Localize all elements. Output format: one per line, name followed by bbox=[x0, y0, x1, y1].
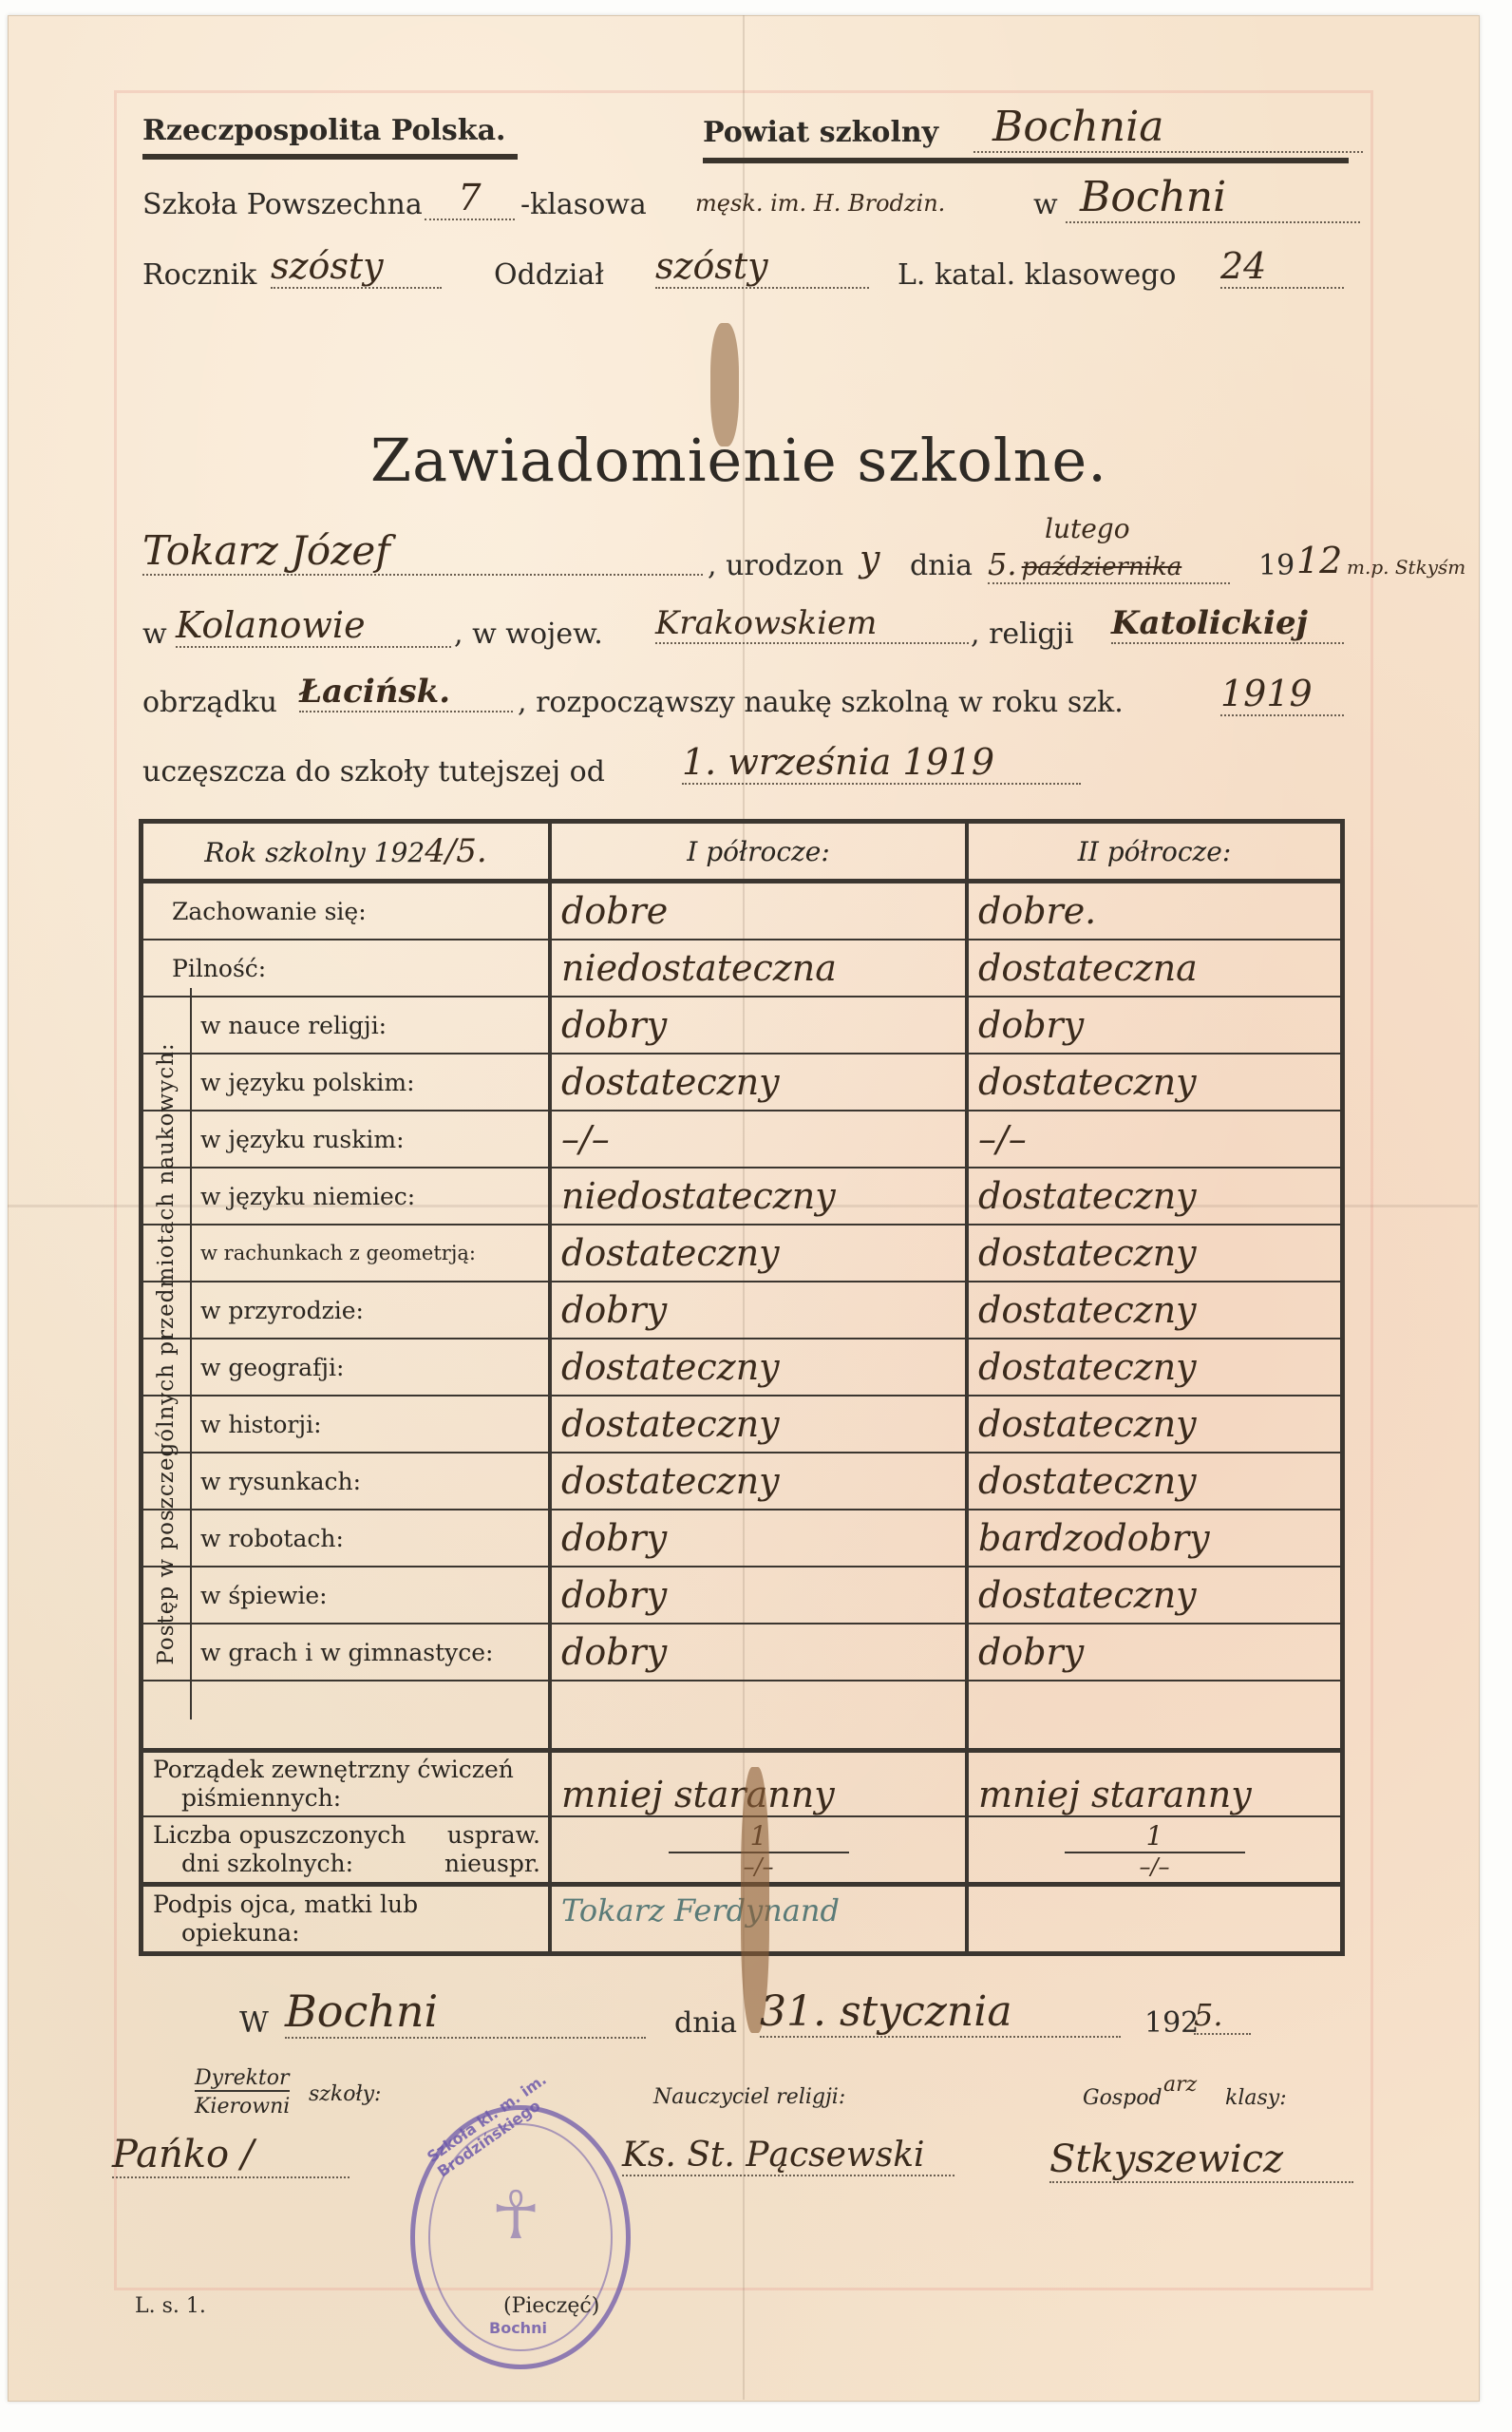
row-label: Pilność: bbox=[142, 940, 551, 997]
table-row: w historji:dostatecznydostateczny bbox=[142, 1396, 1343, 1453]
grade-h2 bbox=[967, 1681, 1343, 1751]
written-work-row: Porządek zewnętrzny ćwiczeń piśmiennych:… bbox=[142, 1751, 1343, 1817]
school-year-label: Rok szkolny 192 bbox=[204, 837, 425, 868]
subject-label: w języku ruskim: bbox=[142, 1111, 551, 1168]
footer-date: 31. stycznia bbox=[760, 1987, 1121, 2038]
grade-h1: dobre bbox=[550, 882, 967, 940]
grade-h1: niedostateczna bbox=[550, 940, 967, 997]
voivodeship-label: , w wojew. bbox=[454, 617, 603, 651]
table-row: Pilność: niedostateczna dostateczna bbox=[142, 940, 1343, 997]
subject-label bbox=[142, 1681, 551, 1751]
subject-label: w robotach: bbox=[142, 1510, 551, 1567]
born-suffix: y bbox=[860, 538, 879, 579]
birth-year-prefix: 19 bbox=[1258, 549, 1295, 582]
absence-h2: 1 –/– bbox=[967, 1816, 1343, 1885]
grades-table: Rok szkolny 1924/5. I półrocze: II półro… bbox=[139, 819, 1345, 1956]
grade-h1: dostateczny bbox=[550, 1453, 967, 1510]
grade-h1: dobry bbox=[550, 1567, 967, 1624]
grade-h1: –/– bbox=[550, 1111, 967, 1168]
grade-h1: dobry bbox=[550, 1510, 967, 1567]
table-header-row: Rok szkolny 1924/5. I półrocze: II półro… bbox=[142, 822, 1343, 882]
grade-h1: dobry bbox=[550, 1282, 967, 1339]
republic-heading: Rzeczpospolita Polska. bbox=[142, 114, 505, 147]
stamp-text-bottom: Bochni bbox=[489, 2319, 547, 2337]
grade-h2: dostateczny bbox=[967, 1225, 1343, 1282]
grade-h1 bbox=[550, 1681, 967, 1751]
subject-label: w języku polskim: bbox=[142, 1054, 551, 1111]
subject-label: w przyrodzie: bbox=[142, 1282, 551, 1339]
document-title: Zawiadomienie szkolne. bbox=[370, 426, 1107, 495]
director-label-top: Dyrektor bbox=[195, 2066, 290, 2092]
absence-label: Liczba opuszczonych uspraw. dni szkolnyc… bbox=[142, 1816, 551, 1885]
footer-year-prefix: 192 bbox=[1144, 2006, 1199, 2040]
absence-label-text-1: Liczba opuszczonych bbox=[153, 1821, 406, 1849]
first-half-header: I półrocze: bbox=[550, 822, 967, 882]
grade-h1: niedostateczny bbox=[550, 1168, 967, 1225]
grade-h2: dostateczny bbox=[967, 1339, 1343, 1396]
table-row: Zachowanie się: dobre dobre. bbox=[142, 882, 1343, 940]
table-row: w przyrodzie:dobrydostateczny bbox=[142, 1282, 1343, 1339]
subject-label: w rachunkach z geometrją: bbox=[142, 1225, 551, 1282]
progress-label-text: Postęp w poszczególnych przedmiotach nau… bbox=[154, 1042, 179, 1664]
start-year: 1919 bbox=[1220, 673, 1344, 716]
division-label: Oddział bbox=[494, 258, 604, 292]
header-rule-left bbox=[142, 154, 518, 160]
catalog-label: L. katal. klasowego bbox=[898, 258, 1176, 292]
school-in-label: w bbox=[1033, 188, 1058, 221]
grade-h2: dobry bbox=[967, 997, 1343, 1054]
second-half-header: II półrocze: bbox=[967, 822, 1343, 882]
absence-excused-label: uspraw. bbox=[447, 1821, 540, 1850]
grade-h2: dostateczny bbox=[967, 1396, 1343, 1453]
school-town: Bochni bbox=[1066, 173, 1360, 223]
subject-label: w śpiewie: bbox=[142, 1567, 551, 1624]
parent-label-1: Podpis ojca, matki lub bbox=[153, 1890, 539, 1919]
absence-h2-excused: 1 bbox=[1065, 1820, 1245, 1853]
grade-h2: dobry bbox=[967, 1624, 1343, 1681]
school-type-label: -klasowa bbox=[520, 188, 647, 221]
birth-day-label: dnia bbox=[910, 549, 973, 582]
parent-signature-h2 bbox=[967, 1885, 1343, 1954]
director-label-bottom: Kierowni bbox=[195, 2095, 290, 2118]
division-value: szósty bbox=[655, 245, 869, 289]
religion-label: , religji bbox=[971, 617, 1073, 651]
born-label: , urodzon bbox=[708, 549, 843, 582]
table-row: w robotach:dobrybardzodobry bbox=[142, 1510, 1343, 1567]
subject-label: w języku niemiec: bbox=[142, 1168, 551, 1225]
grade-h2: dostateczny bbox=[967, 1453, 1343, 1510]
school-stamp: ☥ Szkoła kl. m. im. Brodzińskiego Bochni bbox=[410, 2105, 631, 2369]
footer-date-label: dnia bbox=[674, 2006, 737, 2040]
seal-label: (Pieczęć) bbox=[503, 2294, 599, 2318]
catalog-value: 24 bbox=[1220, 245, 1344, 289]
religion: Katolickiej bbox=[1111, 604, 1344, 644]
director-label-suffix: szkoły: bbox=[309, 2082, 381, 2106]
absence-label-2: dni szkolnych: nieuspr. bbox=[153, 1850, 539, 1878]
table-row: w geografji:dostatecznydostateczny bbox=[142, 1339, 1343, 1396]
district-value: Bochnia bbox=[973, 103, 1363, 153]
director-signature: Pańko / bbox=[112, 2133, 350, 2178]
district-label: Powiat szkolny bbox=[703, 116, 938, 149]
grade-h2: –/– bbox=[967, 1111, 1343, 1168]
grade-h1: dostateczny bbox=[550, 1339, 967, 1396]
subject-label: w nauce religji: bbox=[142, 997, 551, 1054]
grade-h2: dostateczny bbox=[967, 1054, 1343, 1111]
grade-h2: dostateczna bbox=[967, 940, 1343, 997]
absence-label-1: Liczba opuszczonych uspraw. bbox=[153, 1821, 539, 1850]
table-row: w języku ruskim:–/––/– bbox=[142, 1111, 1343, 1168]
written-work-label-1: Porządek zewnętrzny ćwiczeń bbox=[153, 1756, 539, 1784]
class-teacher-label-suffix: klasy: bbox=[1225, 2086, 1287, 2110]
absence-label-text-2: dni szkolnych: bbox=[181, 1850, 353, 1877]
grade-h2: bardzodobry bbox=[967, 1510, 1343, 1567]
table-row: w rachunkach z geometrją:dostatecznydost… bbox=[142, 1225, 1343, 1282]
start-label: , rozpocząwszy naukę szkolną w roku szk. bbox=[518, 686, 1124, 719]
absence-unexcused-label: nieuspr. bbox=[444, 1850, 540, 1878]
grade-h2: dostateczny bbox=[967, 1282, 1343, 1339]
grade-h2: dostateczny bbox=[967, 1168, 1343, 1225]
grade-h2: dobre. bbox=[967, 882, 1343, 940]
class-teacher-signature: Stkyszewicz bbox=[1049, 2137, 1353, 2183]
class-teacher-label-hand: arz bbox=[1163, 2073, 1197, 2097]
birth-note: m.p. Stkyśm bbox=[1347, 556, 1465, 579]
progress-vertical-label: Postęp w poszczególnych przedmiotach nau… bbox=[142, 988, 192, 1719]
school-label: Szkoła Powszechna bbox=[142, 188, 423, 221]
table-row: w rysunkach:dostatecznydostateczny bbox=[142, 1453, 1343, 1510]
form-code: L. s. 1. bbox=[135, 2294, 206, 2318]
parent-label-2: opiekuna: bbox=[153, 1919, 539, 1947]
subject-label: w geografji: bbox=[142, 1339, 551, 1396]
table-row: w śpiewie:dobrydostateczny bbox=[142, 1567, 1343, 1624]
attends-label: uczęszcza do szkoły tutejszej od bbox=[142, 755, 605, 788]
birth-place: Kolanowie bbox=[176, 604, 451, 648]
table-row: w grach i w gimnastyce:dobrydobry bbox=[142, 1624, 1343, 1681]
school-year-cell: Rok szkolny 1924/5. bbox=[142, 822, 551, 882]
table-row: w nauce religji:dobrydobry bbox=[142, 997, 1343, 1054]
written-work-label-2: piśmiennych: bbox=[153, 1784, 539, 1813]
parent-signature-label: Podpis ojca, matki lub opiekuna: bbox=[142, 1885, 551, 1954]
grade-h1: dostateczny bbox=[550, 1225, 967, 1282]
grade-h1: dobry bbox=[550, 1624, 967, 1681]
rite-label: obrządku bbox=[142, 686, 277, 719]
row-label: Zachowanie się: bbox=[142, 882, 551, 940]
eagle-emblem-icon: ☥ bbox=[491, 2176, 540, 2254]
footer-place: Bochni bbox=[285, 1985, 646, 2039]
attends-since: 1. września 1919 bbox=[682, 741, 1081, 785]
subject-label: w grach i w gimnastyce: bbox=[142, 1624, 551, 1681]
grade-h2: dostateczny bbox=[967, 1567, 1343, 1624]
birth-day: 5. bbox=[988, 546, 1017, 582]
written-work-h2: mniej staranny bbox=[967, 1751, 1343, 1817]
absence-h2-unexcused: –/– bbox=[978, 1853, 1331, 1880]
subject-label: w historji: bbox=[142, 1396, 551, 1453]
header-rule-right bbox=[703, 158, 1349, 163]
grade-h1: dobry bbox=[550, 997, 967, 1054]
grade-h1: dostateczny bbox=[550, 1054, 967, 1111]
voivodeship: Krakowskiem bbox=[655, 604, 969, 644]
student-name: Tokarz Józef bbox=[142, 527, 703, 576]
footer-place-prefix: W bbox=[239, 2006, 269, 2040]
religion-teacher-signature: Ks. St. Pącsewski bbox=[622, 2136, 954, 2176]
rite: Łacińsk. bbox=[299, 673, 513, 712]
year-value: szósty bbox=[271, 245, 442, 289]
birth-date-line: 5. października bbox=[988, 546, 1230, 584]
subject-label: w rysunkach: bbox=[142, 1453, 551, 1510]
table-row-empty bbox=[142, 1681, 1343, 1751]
table-row: w języku polskim:dostatecznydostateczny bbox=[142, 1054, 1343, 1111]
class-teacher-label-prefix: Gospod bbox=[1083, 2086, 1162, 2110]
table-row: w języku niemiec:niedostatecznydostatecz… bbox=[142, 1168, 1343, 1225]
birth-month-struck: października bbox=[1022, 553, 1182, 581]
birth-year: 12 bbox=[1296, 540, 1342, 581]
footer-year: 5. bbox=[1194, 1997, 1251, 2035]
religion-teacher-label: Nauczyciel religji: bbox=[653, 2085, 845, 2109]
place-prefix: w bbox=[142, 617, 167, 651]
school-classes: 7 bbox=[425, 177, 515, 220]
school-year-value: 4/5. bbox=[425, 832, 487, 870]
birth-month: lutego bbox=[1045, 513, 1130, 544]
year-label: Rocznik bbox=[142, 258, 256, 292]
written-work-label: Porządek zewnętrzny ćwiczeń piśmiennych: bbox=[142, 1751, 551, 1817]
grade-h1: dostateczny bbox=[550, 1396, 967, 1453]
school-name: męsk. im. H. Brodzin. bbox=[695, 190, 945, 217]
